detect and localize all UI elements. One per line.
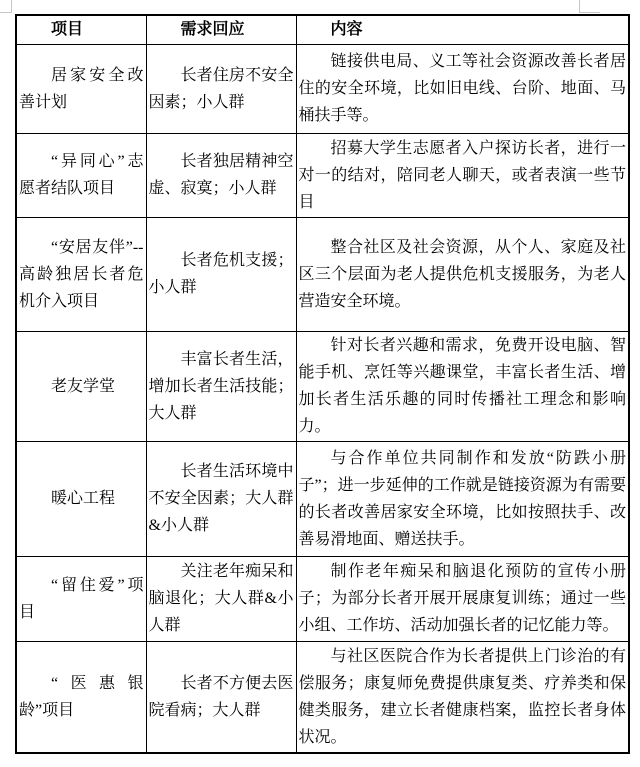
header-project: 项目 xyxy=(16,15,146,44)
page-margin-corner-mark-right xyxy=(579,0,600,13)
document-page: 项目 需求回应 内容 居家安全改善计划 长者住房不安全因素；小人群 链接供电局、… xyxy=(0,0,640,767)
table-row: 老友学堂 丰富长者生活，增加长者生活技能；大人群 针对长者兴趣和需求，免费开设电… xyxy=(16,331,629,441)
project-cell: 老友学堂 xyxy=(16,331,146,441)
response-cell: 长者危机支援；小人群 xyxy=(146,217,296,331)
response-cell: 长者不方便去医院看病；大人群 xyxy=(146,641,296,753)
content-cell: 制作老年痴呆和脑退化预防的宣传小册子；为部分长者开展开展康复训练；通过一些小组、… xyxy=(296,556,629,641)
content-cell: 链接供电局、义工等社会资源改善长者居住的安全环境，比如旧电线、台阶、地面、马桶扶… xyxy=(296,44,629,133)
response-cell: 长者住房不安全因素；小人群 xyxy=(146,44,296,133)
header-content: 内容 xyxy=(296,15,629,44)
response-cell: 关注老年痴呆和脑退化；大人群&小人群 xyxy=(146,556,296,641)
project-cell: 居家安全改善计划 xyxy=(16,44,146,133)
project-cell: “安居友伴”--高龄独居长者危机介入项目 xyxy=(16,217,146,331)
project-cell: “医惠银龄”项目 xyxy=(16,641,146,753)
project-cell: 暖心工程 xyxy=(16,441,146,556)
project-cell: “异同心”志愿者结队项目 xyxy=(16,133,146,217)
table-row: “留住爱”项目 关注老年痴呆和脑退化；大人群&小人群 制作老年痴呆和脑退化预防的… xyxy=(16,556,629,641)
project-cell: “留住爱”项目 xyxy=(16,556,146,641)
response-cell: 丰富长者生活，增加长者生活技能；大人群 xyxy=(146,331,296,441)
content-cell: 针对长者兴趣和需求，免费开设电脑、智能手机、烹饪等兴趣课堂，丰富长者生活、增加长… xyxy=(296,331,629,441)
content-cell: 招募大学生志愿者入户探访长者，进行一对一的结对，陪同老人聊天，或者表演一些节目 xyxy=(296,133,629,217)
response-cell: 长者独居精神空虚、寂寞；小人群 xyxy=(146,133,296,217)
page-margin-corner-mark-left xyxy=(0,0,12,13)
table-row: 居家安全改善计划 长者住房不安全因素；小人群 链接供电局、义工等社会资源改善长者… xyxy=(16,44,629,133)
table-row: 暖心工程 长者生活环境中不安全因素；大人群&小人群 与合作单位共同制作和发放“防… xyxy=(16,441,629,556)
content-cell: 整合社区及社会资源，从个人、家庭及社区三个层面为老人提供危机支援服务，为老人营造… xyxy=(296,217,629,331)
content-cell: 与社区医院合作为长者提供上门诊治的有偿服务；康复师免费提供康复类、疗养类和保健类… xyxy=(296,641,629,753)
table-header-row: 项目 需求回应 内容 xyxy=(16,15,629,44)
table-row: “医惠银龄”项目 长者不方便去医院看病；大人群 与社区医院合作为长者提供上门诊治… xyxy=(16,641,629,753)
header-response: 需求回应 xyxy=(146,15,296,44)
table-row: “异同心”志愿者结队项目 长者独居精神空虚、寂寞；小人群 招募大学生志愿者入户探… xyxy=(16,133,629,217)
projects-table: 项目 需求回应 内容 居家安全改善计划 长者住房不安全因素；小人群 链接供电局、… xyxy=(15,14,630,754)
content-cell: 与合作单位共同制作和发放“防跌小册子”；进一步延伸的工作就是链接资源为有需要的长… xyxy=(296,441,629,556)
table-row: “安居友伴”--高龄独居长者危机介入项目 长者危机支援；小人群 整合社区及社会资… xyxy=(16,217,629,331)
response-cell: 长者生活环境中不安全因素；大人群&小人群 xyxy=(146,441,296,556)
